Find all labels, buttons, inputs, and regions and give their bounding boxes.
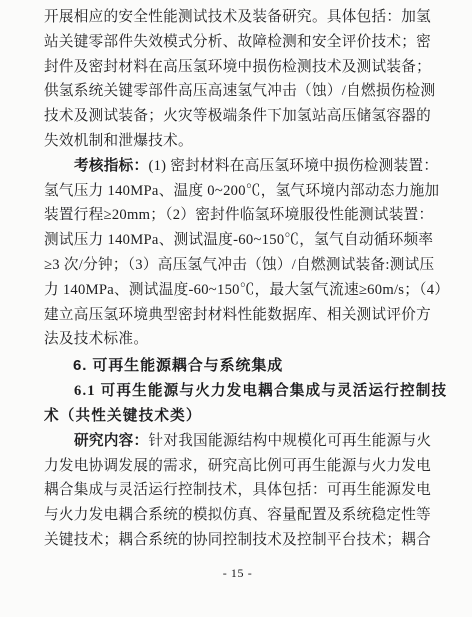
page-number: - 15 - (44, 564, 431, 582)
paragraph-line: 考核指标：(1) 密封材料在高压氢环境中损伤检测装置： (44, 154, 431, 179)
document-page: 开展相应的安全性能测试技术及装备研究。具体包括：加氢 站关键零部件失效模式分析、… (44, 5, 431, 582)
paragraph-line: 氢气压力 140MPa、温度 0~200℃，氢气环境内部动态力施加 (44, 179, 431, 204)
paragraph-line: 开展相应的安全性能测试技术及装备研究。具体包括：加氢 (44, 5, 431, 30)
paragraph-line: 技术及测试装备；火灾等极端条件下加氢站高压储氢容器的 (44, 104, 431, 129)
paragraph-line: 封件及密封材料在高压氢环境中损伤检测技术及测试装备； (44, 55, 431, 80)
paragraph-line: 力 140MPa、测试温度-60~150℃，最大氢气流速≥60m/s；（4） (44, 278, 431, 303)
paragraph-line: 与火力发电耦合系统的模拟仿真、容量配置及系统稳定性等 (44, 503, 431, 528)
subsection-heading-line: 术（共性关键技术类） (44, 404, 431, 429)
paragraph-line: 失效机制和泄爆技术。 (44, 129, 431, 154)
paragraph-line: 站关键零部件失效模式分析、故障检测和安全评价技术；密 (44, 30, 431, 55)
assessment-indicators-label: 考核指标： (74, 158, 148, 174)
research-content-label: 研究内容： (74, 433, 148, 449)
section-heading: 6. 可再生能源耦合与系统集成 (44, 352, 431, 379)
paragraph-line: 建立高压氢环境典型密封材料性能数据库、相关测试评价方 (44, 303, 431, 328)
paragraph-line: 关键技术；耦合系统的协同控制技术及控制平台技术；耦合 (44, 528, 431, 553)
paragraph-text: (1) 密封材料在高压氢环境中损伤检测装置： (148, 158, 438, 174)
paragraph-line: ≥3 次/分钟；（3）高压氢气冲击（蚀）/自燃测试装备:测试压 (44, 253, 431, 278)
paragraph-line: 耦合集成与灵活运行控制技术，具体包括：可再生能源发电 (44, 478, 431, 503)
subsection-heading-line: 6.1 可再生能源与火力发电耦合集成与灵活运行控制技 (44, 379, 431, 404)
paragraph-text: 针对我国能源结构中规模化可再生能源与火 (148, 433, 431, 449)
paragraph-line: 测试压力 140MPa、测试温度-60~150℃，氢气自动循环频率 (44, 228, 431, 253)
paragraph-line: 研究内容：针对我国能源结构中规模化可再生能源与火 (44, 429, 431, 454)
paragraph-line: 法及技术标准。 (44, 327, 431, 352)
paragraph-line: 装置行程≥20mm；（2）密封件临氢环境服役性能测试装置： (44, 203, 431, 228)
paragraph-line: 供氢系统关键零部件高压高速氢气冲击（蚀）/自燃损伤检测 (44, 79, 431, 104)
paragraph-line: 力发电协调发展的需求，研究高比例可再生能源与火力发电 (44, 454, 431, 479)
